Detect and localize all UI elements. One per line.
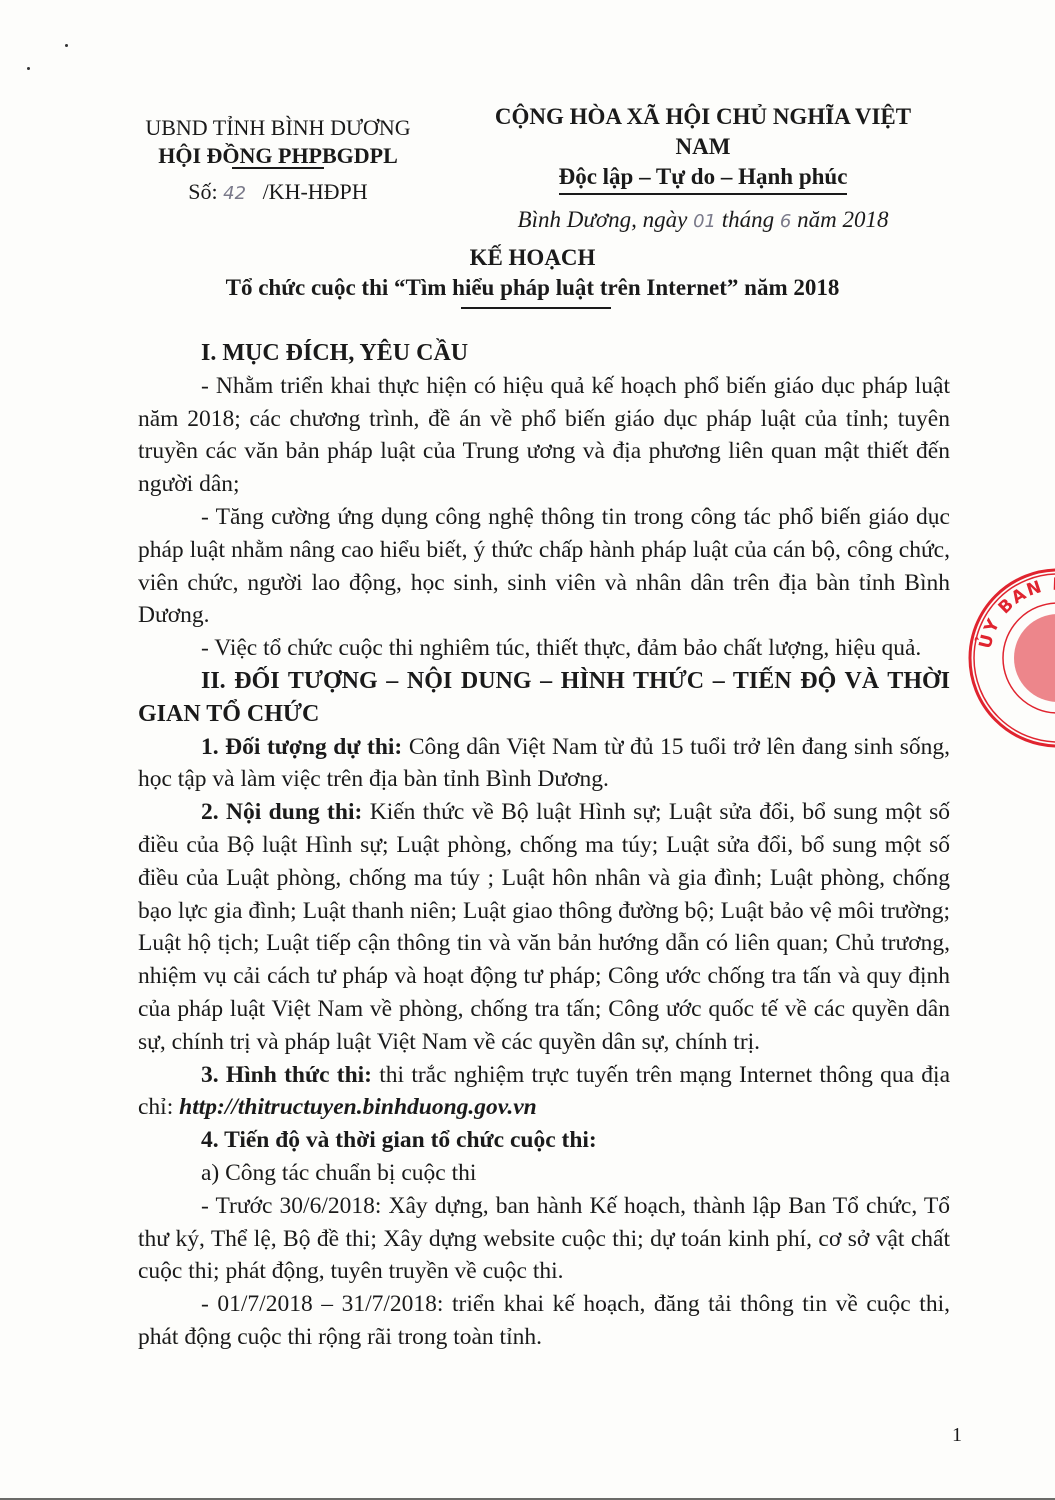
participants-paragraph: 1. Đối tượng dự thi: Công dân Việt Nam t… — [138, 731, 950, 797]
page-number: 1 — [952, 1424, 962, 1447]
nation-name: CỘNG HÒA XÃ HỘI CHỦ NGHĨA VIỆT NAM — [468, 102, 938, 162]
document-number: Số: 42 /KH-HĐPH — [128, 178, 428, 208]
section-2-heading: II. ĐỐI TƯỢNG – NỘI DUNG – HÌNH THỨC – T… — [138, 665, 950, 731]
issuer-block: UBND TỈNH BÌNH DƯƠNG HỘI ĐỒNG PHPBGDPL S… — [128, 114, 428, 208]
content-paragraph: 2. Nội dung thi: Kiến thức về Bộ luật Hì… — [138, 796, 950, 1058]
national-header: CỘNG HÒA XÃ HỘI CHỦ NGHĨA VIỆT NAM Độc l… — [468, 102, 938, 237]
official-seal-icon: ỦY BAN NHÂN DÂN — [968, 568, 1055, 748]
schedule-heading: 4. Tiến độ và thời gian tổ chức cuộc thi… — [138, 1124, 950, 1157]
authority-name: UBND TỈNH BÌNH DƯƠNG — [128, 114, 428, 142]
schedule-item: - Trước 30/6/2018: Xây dựng, ban hành Kế… — [138, 1190, 950, 1288]
section-1-item: - Tăng cường ứng dụng công nghệ thông ti… — [138, 501, 950, 632]
document-page: UBND TỈNH BÌNH DƯƠNG HỘI ĐỒNG PHPBGDPL S… — [0, 0, 1055, 1500]
schedule-item: - 01/7/2018 – 31/7/2018: triển khai kế h… — [138, 1288, 950, 1354]
section-1-item: - Việc tổ chức cuộc thi nghiêm túc, thiế… — [138, 632, 950, 665]
format-paragraph: 3. Hình thức thi: thi trắc nghiệm trực t… — [138, 1059, 950, 1125]
handwritten-number: 42 — [223, 183, 246, 204]
handwritten-month: 6 — [780, 211, 791, 232]
contest-url-link[interactable]: http://thitructuyen.binhduong.gov.vn — [179, 1094, 537, 1120]
title-underline — [461, 307, 611, 309]
preparation-subheading: a) Công tác chuẩn bị cuộc thi — [138, 1157, 950, 1190]
section-1-heading: I. MỤC ĐÍCH, YÊU CẦU — [138, 337, 950, 370]
handwritten-day: 01 — [693, 211, 716, 232]
document-body: I. MỤC ĐÍCH, YÊU CẦU - Nhằm triển khai t… — [138, 337, 950, 1354]
scan-speck — [27, 67, 30, 70]
title-subtitle: Tổ chức cuộc thi “Tìm hiểu pháp luật trê… — [180, 273, 885, 303]
document-title: KẾ HOẠCH Tổ chức cuộc thi “Tìm hiểu pháp… — [180, 243, 885, 309]
national-motto: Độc lập – Tự do – Hạnh phúc — [559, 162, 848, 195]
title-main: KẾ HOẠCH — [180, 243, 885, 273]
council-underline — [232, 167, 324, 169]
section-1-item: - Nhằm triển khai thực hiện có hiệu quả … — [138, 370, 950, 501]
issue-date: Bình Dương, ngày 01 tháng 6 năm 2018 — [468, 205, 938, 237]
scan-speck — [65, 44, 68, 47]
council-name: HỘI ĐỒNG PHPBGDPL — [128, 142, 428, 170]
